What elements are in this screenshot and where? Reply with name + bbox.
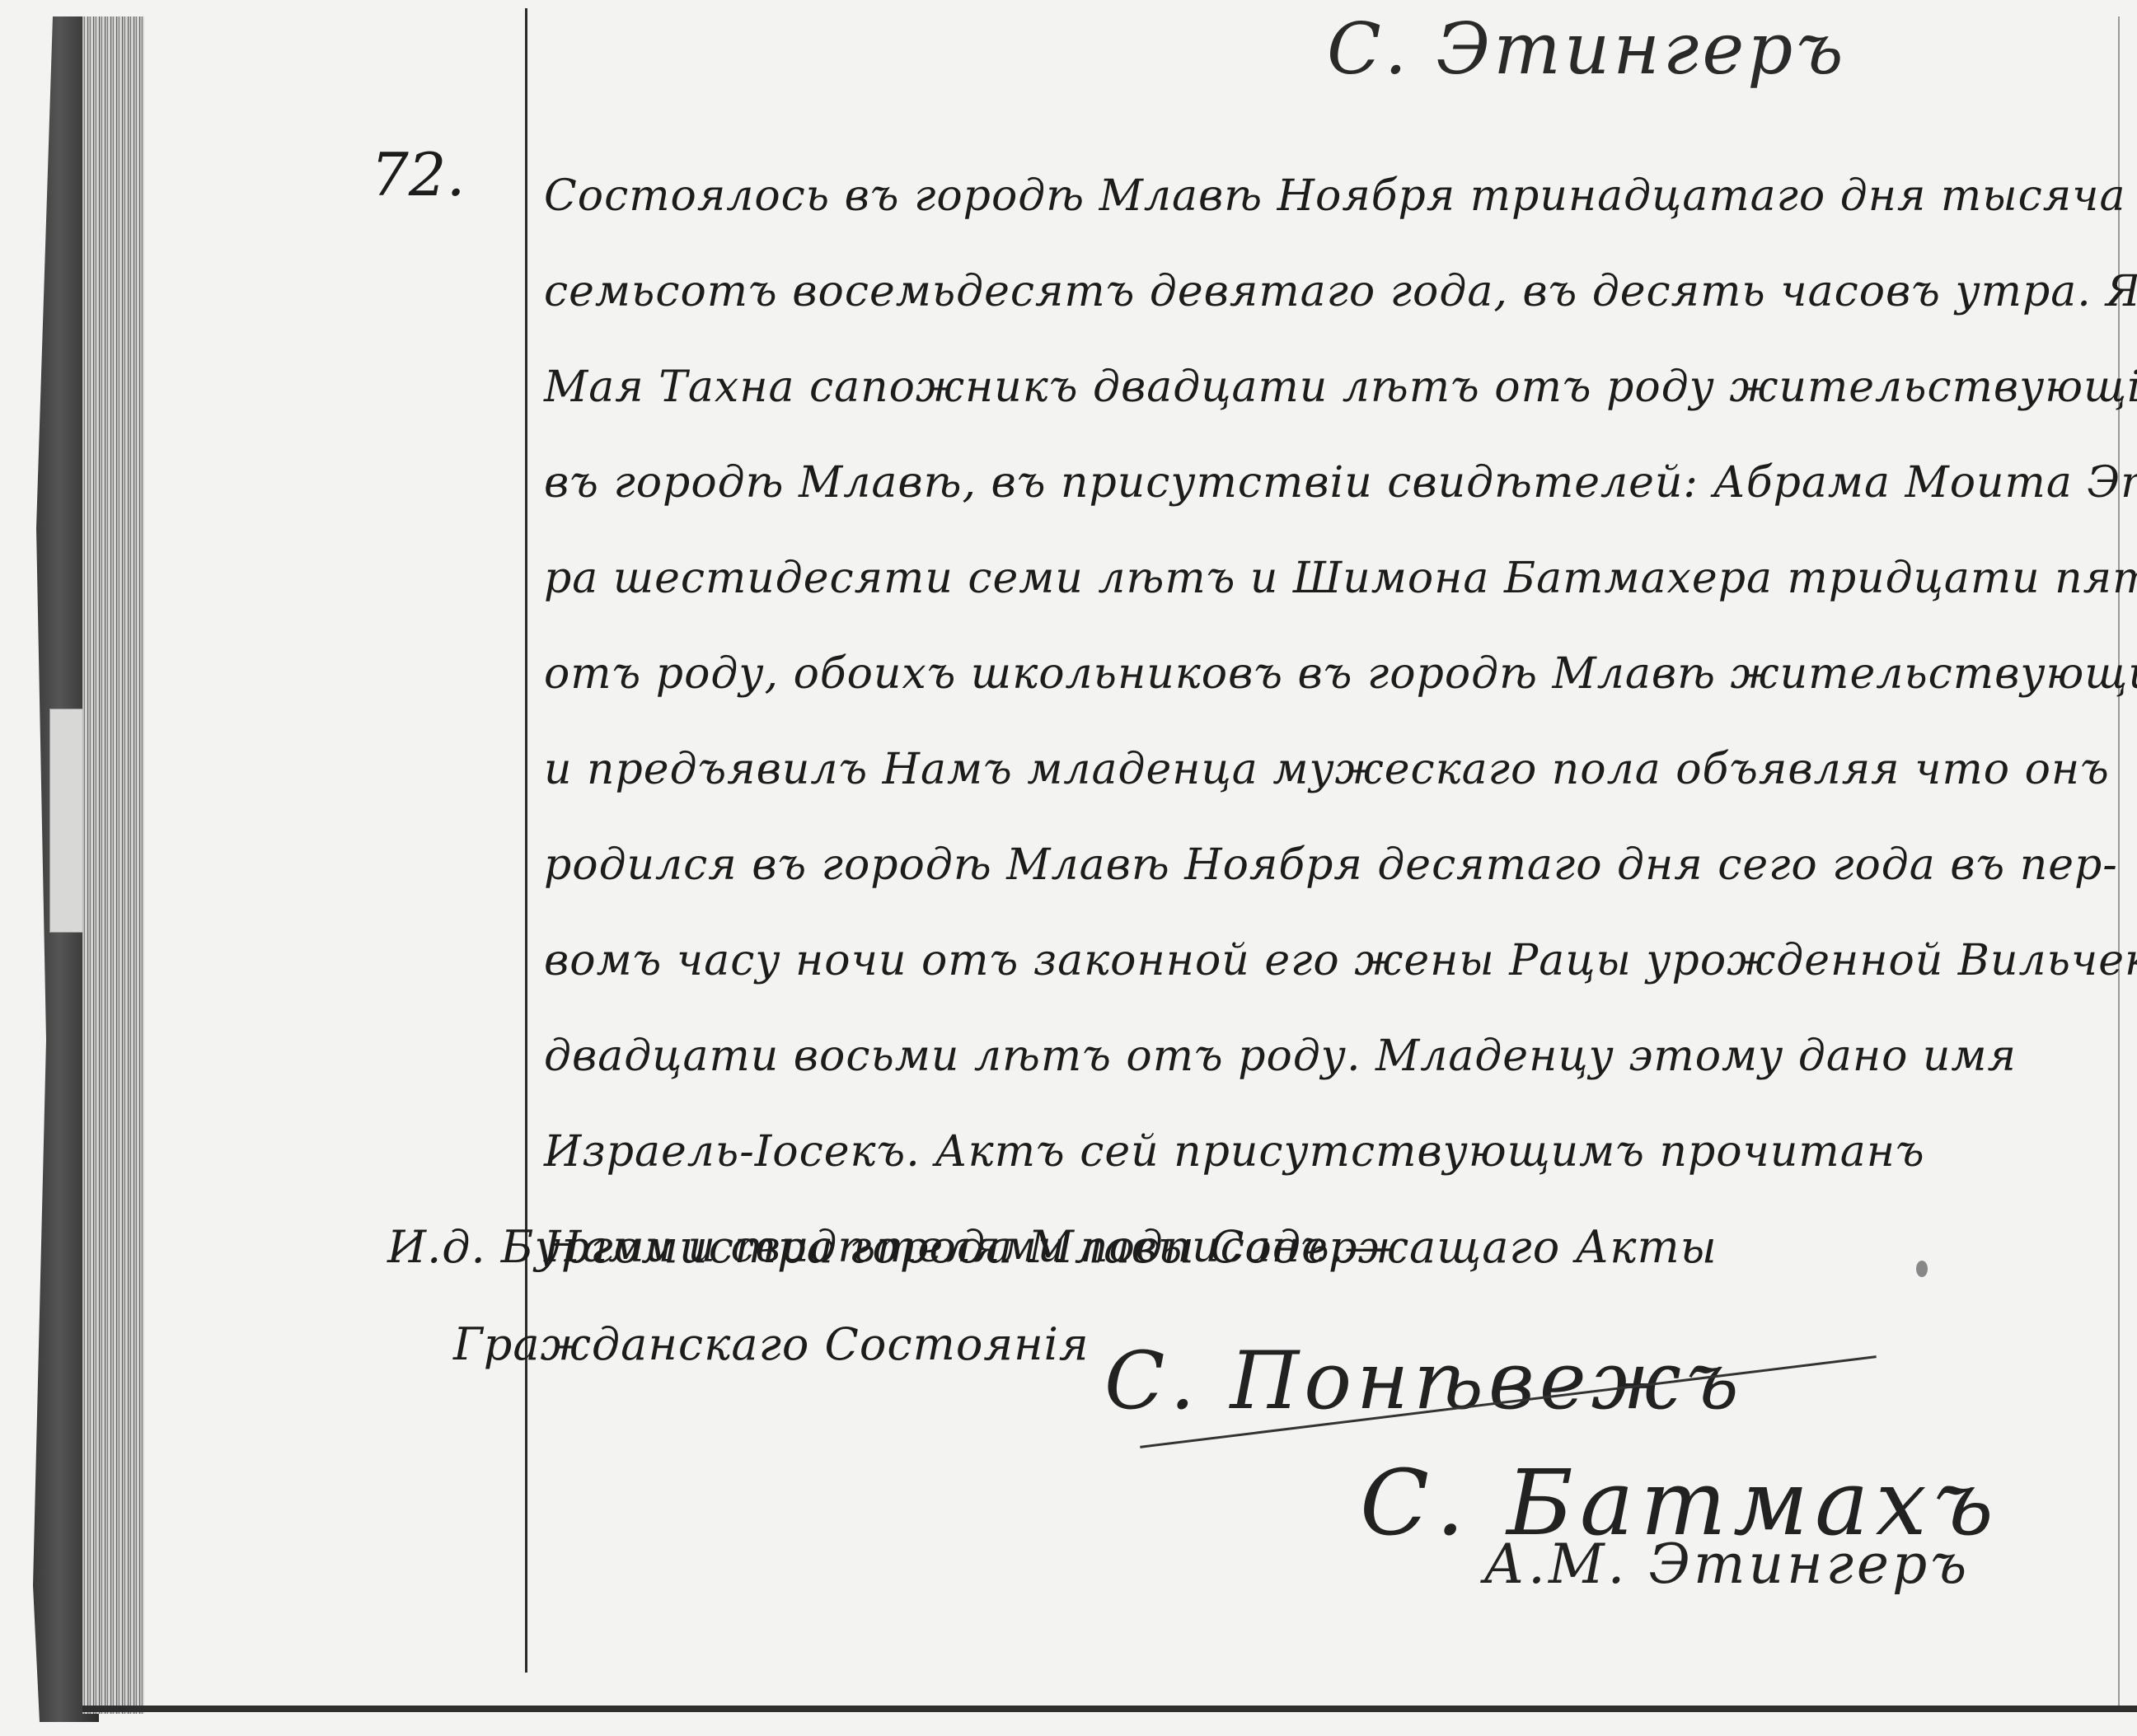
record-line: въ городѣ Млавѣ, въ присутствіи свидѣтел…	[544, 435, 2118, 531]
record-line: и предъявилъ Намъ младенца мужескаго пол…	[544, 722, 2118, 817]
official-title-line: И.д. Бургомистра города Млавы Содержащаг…	[387, 1199, 2118, 1296]
book-binding	[0, 0, 148, 1736]
entry-number: 72.	[371, 140, 466, 209]
page-edges	[82, 16, 144, 1714]
record-line: Мая Тахна сапожникъ двадцати лѣтъ отъ ро…	[544, 339, 2118, 435]
record-body: Состоялось въ городѣ Млавѣ Ноября тринад…	[544, 148, 2118, 1295]
record-line: семьсотъ восемьдесятъ девятаго года, въ …	[544, 244, 2118, 339]
ink-spot	[1916, 1261, 1928, 1277]
witness-signature: А.М. Этингеръ	[1483, 1532, 1970, 1596]
header-signature: С. Этингеръ	[1327, 8, 1847, 91]
page-bottom-edge	[82, 1706, 2137, 1712]
record-line: ра шестидесяти семи лѣтъ и Шимона Батмах…	[544, 531, 2118, 626]
record-line: Израель-Іосекъ. Актъ сей присутствующимъ…	[544, 1104, 2118, 1200]
record-line: Состоялось въ городѣ Млавѣ Ноября тринад…	[544, 148, 2118, 244]
record-line: отъ роду, обоихъ школьниковъ въ городѣ М…	[544, 626, 2118, 722]
record-line: родился въ городѣ Млавѣ Ноября десятаго …	[544, 817, 2118, 913]
record-line: вомъ часу ночи отъ законной его жены Рац…	[544, 913, 2118, 1008]
record-line: двадцати восьми лѣтъ отъ роду. Младенцу …	[544, 1008, 2118, 1104]
margin-rule	[525, 8, 527, 1673]
